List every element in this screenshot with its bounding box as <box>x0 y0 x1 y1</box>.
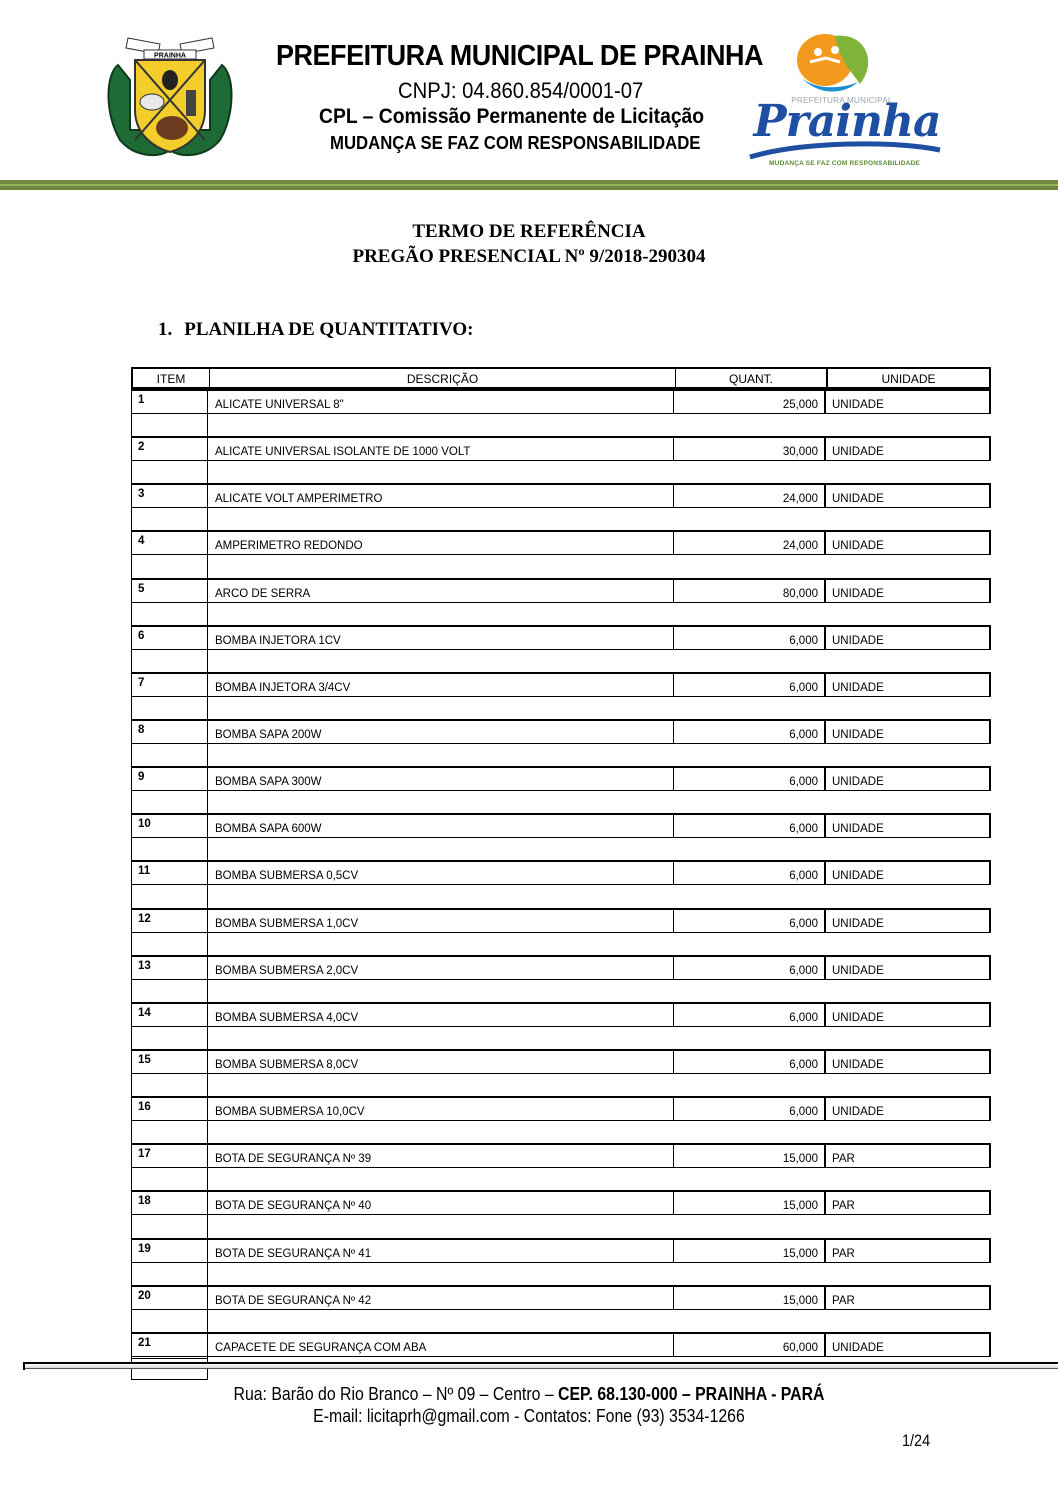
cell-quantity: 80,000 <box>674 580 826 602</box>
table-row: 6BOMBA INJETORA 1CV6,000UNIDADE <box>131 625 991 672</box>
footer-cep: CEP. 68.130-000 – PRAINHA - PARÁ <box>558 1384 824 1404</box>
cell-quantity: 6,000 <box>674 674 826 696</box>
cell-unit: UNIDADE <box>826 627 991 649</box>
cell-quantity: 6,000 <box>674 815 826 837</box>
table-row: 16BOMBA SUBMERSA 10,0CV6,000UNIDADE <box>131 1096 991 1143</box>
cell-unit: UNIDADE <box>826 1051 991 1073</box>
table-row: 5ARCO DE SERRA80,000UNIDADE <box>131 578 991 625</box>
table-row: 21CAPACETE DE SEGURANÇA COM ABA60,000UNI… <box>131 1332 991 1379</box>
cell-description-spacer <box>208 933 674 955</box>
table-row: 8BOMBA SAPA 200W6,000UNIDADE <box>131 719 991 766</box>
cell-item-spacer <box>131 697 208 719</box>
col-header-unit: UNIDADE <box>828 369 989 387</box>
cell-item: 6 <box>131 627 208 649</box>
cell-description: BOMBA SUBMERSA 4,0CV <box>208 1004 674 1026</box>
cell-unit: UNIDADE <box>826 438 991 460</box>
footer-address: Rua: Barão do Rio Branco – Nº 09 – Centr… <box>63 1384 994 1405</box>
cell-description: CAPACETE DE SEGURANÇA COM ABA <box>208 1334 674 1356</box>
row-main: 13BOMBA SUBMERSA 2,0CV6,000UNIDADE <box>131 955 991 980</box>
cell-description-spacer <box>208 1168 674 1190</box>
cell-description: BOMBA SUBMERSA 0,5CV <box>208 862 674 884</box>
cell-description: BOMBA SAPA 200W <box>208 721 674 743</box>
cell-item: 11 <box>131 862 208 884</box>
cell-quantity: 24,000 <box>674 485 826 507</box>
row-main: 12BOMBA SUBMERSA 1,0CV6,000UNIDADE <box>131 908 991 933</box>
cell-unit: UNIDADE <box>826 391 991 413</box>
row-main: 4AMPERIMETRO REDONDO24,000UNIDADE <box>131 530 991 555</box>
cell-quantity: 60,000 <box>674 1334 826 1356</box>
cell-quantity: 15,000 <box>674 1287 826 1309</box>
row-main: 9BOMBA SAPA 300W6,000UNIDADE <box>131 766 991 791</box>
cell-quantity: 6,000 <box>674 721 826 743</box>
footer-street: Rua: Barão do Rio Branco – Nº 09 – Centr… <box>233 1384 558 1404</box>
document-subtitle: PREGÃO PRESENCIAL Nº 9/2018-290304 <box>0 246 1058 268</box>
row-main: 20BOTA DE SEGURANÇA Nº 4215,000PAR <box>131 1285 991 1310</box>
logo-wordmark: Prainha <box>742 96 952 147</box>
cell-description: ALICATE VOLT AMPERIMETRO <box>208 485 674 507</box>
col-header-item: ITEM <box>133 369 210 387</box>
municipal-crest-icon: PRAINHA <box>100 20 240 158</box>
cell-quantity: 6,000 <box>674 957 826 979</box>
row-main: 1ALICATE UNIVERSAL 8"25,000UNIDADE <box>131 389 991 414</box>
cell-item-spacer <box>131 1310 208 1332</box>
cell-description-spacer <box>208 555 674 577</box>
row-main: 16BOMBA SUBMERSA 10,0CV6,000UNIDADE <box>131 1096 991 1121</box>
cell-item-spacer <box>131 1027 208 1049</box>
cell-description-spacer <box>208 414 674 436</box>
cell-item: 20 <box>131 1287 208 1309</box>
cell-item-spacer <box>131 508 208 530</box>
cell-description-spacer <box>208 1074 674 1096</box>
table-row: 14BOMBA SUBMERSA 4,0CV6,000UNIDADE <box>131 1002 991 1049</box>
cell-quantity: 15,000 <box>674 1145 826 1167</box>
cell-quantity: 15,000 <box>674 1240 826 1262</box>
row-main: 7BOMBA INJETORA 3/4CV6,000UNIDADE <box>131 672 991 697</box>
cell-quantity: 15,000 <box>674 1192 826 1214</box>
cell-unit: UNIDADE <box>826 768 991 790</box>
quantity-table: ITEM DESCRIÇÃO QUANT. UNIDADE 1ALICATE U… <box>131 367 991 1379</box>
row-main: 21CAPACETE DE SEGURANÇA COM ABA60,000UNI… <box>131 1332 991 1357</box>
cell-description: BOMBA SAPA 600W <box>208 815 674 837</box>
cell-description: BOMBA SUBMERSA 10,0CV <box>208 1098 674 1120</box>
cell-item-spacer <box>131 885 208 907</box>
cell-item-spacer <box>131 1215 208 1237</box>
cell-item-spacer <box>131 1263 208 1285</box>
cell-quantity: 6,000 <box>674 1004 826 1026</box>
cell-item: 10 <box>131 815 208 837</box>
cell-unit: PAR <box>826 1192 991 1214</box>
cell-item-spacer <box>131 461 208 483</box>
section-title: PLANILHA DE QUANTITATIVO: <box>184 319 473 340</box>
cell-item: 21 <box>131 1334 208 1356</box>
table-row: 1ALICATE UNIVERSAL 8"25,000UNIDADE <box>131 389 991 436</box>
table-header: ITEM DESCRIÇÃO QUANT. UNIDADE <box>131 367 991 389</box>
row-main: 3ALICATE VOLT AMPERIMETRO24,000UNIDADE <box>131 483 991 508</box>
col-header-description: DESCRIÇÃO <box>210 369 676 387</box>
section-number: 1. <box>158 319 172 340</box>
cell-unit: UNIDADE <box>826 815 991 837</box>
cell-unit: UNIDADE <box>826 485 991 507</box>
cell-item-spacer <box>131 980 208 1002</box>
table-row: 12BOMBA SUBMERSA 1,0CV6,000UNIDADE <box>131 908 991 955</box>
cell-quantity: 6,000 <box>674 1051 826 1073</box>
cell-description-spacer <box>208 461 674 483</box>
cell-description-spacer <box>208 885 674 907</box>
cell-item: 4 <box>131 532 208 554</box>
cell-description: BOMBA SUBMERSA 8,0CV <box>208 1051 674 1073</box>
cell-quantity: 6,000 <box>674 768 826 790</box>
cell-quantity: 24,000 <box>674 532 826 554</box>
table-row: 19BOTA DE SEGURANÇA Nº 4115,000PAR <box>131 1238 991 1285</box>
row-main: 6BOMBA INJETORA 1CV6,000UNIDADE <box>131 625 991 650</box>
cell-unit: UNIDADE <box>826 721 991 743</box>
cell-item-spacer <box>131 1168 208 1190</box>
row-main: 15BOMBA SUBMERSA 8,0CV6,000UNIDADE <box>131 1049 991 1074</box>
table-row: 10BOMBA SAPA 600W6,000UNIDADE <box>131 813 991 860</box>
row-main: 2ALICATE UNIVERSAL ISOLANTE DE 1000 VOLT… <box>131 436 991 461</box>
cell-unit: UNIDADE <box>826 580 991 602</box>
table-row: 11BOMBA SUBMERSA 0,5CV6,000UNIDADE <box>131 860 991 907</box>
section-heading: 1.PLANILHA DE QUANTITATIVO: <box>158 319 473 341</box>
cell-quantity: 6,000 <box>674 1098 826 1120</box>
cell-description: ALICATE UNIVERSAL ISOLANTE DE 1000 VOLT <box>208 438 674 460</box>
cell-description: AMPERIMETRO REDONDO <box>208 532 674 554</box>
cell-item-spacer <box>131 1121 208 1143</box>
row-main: 17BOTA DE SEGURANÇA Nº 3915,000PAR <box>131 1143 991 1168</box>
cell-quantity: 25,000 <box>674 391 826 413</box>
cell-description-spacer <box>208 697 674 719</box>
cell-item-spacer <box>131 1074 208 1096</box>
cell-item: 15 <box>131 1051 208 1073</box>
cell-description: BOTA DE SEGURANÇA Nº 40 <box>208 1192 674 1214</box>
row-main: 8BOMBA SAPA 200W6,000UNIDADE <box>131 719 991 744</box>
cell-description: BOMBA SUBMERSA 2,0CV <box>208 957 674 979</box>
header-cpl: CPL – Comissão Permanente de Licitação <box>319 105 704 129</box>
cell-description: BOMBA SUBMERSA 1,0CV <box>208 910 674 932</box>
cell-unit: PAR <box>826 1145 991 1167</box>
cell-description: BOMBA SAPA 300W <box>208 768 674 790</box>
cell-unit: UNIDADE <box>826 532 991 554</box>
cell-item: 12 <box>131 910 208 932</box>
cell-unit: UNIDADE <box>826 1334 991 1356</box>
table-row: 15BOMBA SUBMERSA 8,0CV6,000UNIDADE <box>131 1049 991 1096</box>
cell-unit: UNIDADE <box>826 674 991 696</box>
cell-description: BOTA DE SEGURANÇA Nº 42 <box>208 1287 674 1309</box>
page-number: 1/24 <box>902 1431 930 1451</box>
row-main: 19BOTA DE SEGURANÇA Nº 4115,000PAR <box>131 1238 991 1263</box>
cell-description-spacer <box>208 980 674 1002</box>
header-divider <box>0 180 1058 190</box>
cell-item-spacer <box>131 933 208 955</box>
cell-item-spacer <box>131 603 208 625</box>
cell-quantity: 6,000 <box>674 862 826 884</box>
cell-description: BOMBA INJETORA 3/4CV <box>208 674 674 696</box>
table-row: 3ALICATE VOLT AMPERIMETRO24,000UNIDADE <box>131 483 991 530</box>
col-header-quantity: QUANT. <box>676 369 828 387</box>
logo-tagline: MUDANÇA SE FAZ COM RESPONSABILIDADE <box>752 160 937 167</box>
cell-description-spacer <box>208 791 674 813</box>
document-title: TERMO DE REFERÊNCIA <box>0 221 1058 243</box>
cell-unit: UNIDADE <box>826 910 991 932</box>
cell-description-spacer <box>208 508 674 530</box>
cell-item: 9 <box>131 768 208 790</box>
cell-item-spacer <box>131 555 208 577</box>
cell-item: 16 <box>131 1098 208 1120</box>
table-row: 4AMPERIMETRO REDONDO24,000UNIDADE <box>131 530 991 577</box>
cell-quantity: 6,000 <box>674 627 826 649</box>
cell-quantity: 30,000 <box>674 438 826 460</box>
cell-description: BOMBA INJETORA 1CV <box>208 627 674 649</box>
cell-unit: UNIDADE <box>826 862 991 884</box>
table-row: 13BOMBA SUBMERSA 2,0CV6,000UNIDADE <box>131 955 991 1002</box>
cell-item-spacer <box>131 791 208 813</box>
cell-description: ALICATE UNIVERSAL 8" <box>208 391 674 413</box>
table-row: 17BOTA DE SEGURANÇA Nº 3915,000PAR <box>131 1143 991 1190</box>
cell-description-spacer <box>208 1310 674 1332</box>
row-main: 11BOMBA SUBMERSA 0,5CV6,000UNIDADE <box>131 860 991 885</box>
header-title: PREFEITURA MUNICIPAL DE PRAINHA <box>276 40 737 73</box>
cell-item: 8 <box>131 721 208 743</box>
table-row: 7BOMBA INJETORA 3/4CV6,000UNIDADE <box>131 672 991 719</box>
cell-description: BOTA DE SEGURANÇA Nº 41 <box>208 1240 674 1262</box>
cell-description: BOTA DE SEGURANÇA Nº 39 <box>208 1145 674 1167</box>
row-main: 14BOMBA SUBMERSA 4,0CV6,000UNIDADE <box>131 1002 991 1027</box>
cell-item: 19 <box>131 1240 208 1262</box>
cell-item-spacer <box>131 414 208 436</box>
cell-unit: UNIDADE <box>826 1004 991 1026</box>
svg-text:PRAINHA: PRAINHA <box>154 53 186 60</box>
cell-description-spacer <box>208 603 674 625</box>
cell-unit: UNIDADE <box>826 957 991 979</box>
cell-unit: PAR <box>826 1287 991 1309</box>
row-main: 5ARCO DE SERRA80,000UNIDADE <box>131 578 991 603</box>
cell-description-spacer <box>208 744 674 766</box>
cell-item: 18 <box>131 1192 208 1214</box>
cell-unit: PAR <box>826 1240 991 1262</box>
table-row: 2ALICATE UNIVERSAL ISOLANTE DE 1000 VOLT… <box>131 436 991 483</box>
cell-item: 13 <box>131 957 208 979</box>
header-motto: MUDANÇA SE FAZ COM RESPONSABILIDADE <box>330 133 700 154</box>
footer-divider <box>24 1362 1058 1369</box>
cell-item: 1 <box>131 391 208 413</box>
table-row: 9BOMBA SAPA 300W6,000UNIDADE <box>131 766 991 813</box>
cell-item: 2 <box>131 438 208 460</box>
cell-description-spacer <box>208 1215 674 1237</box>
table-row: 18BOTA DE SEGURANÇA Nº 4015,000PAR <box>131 1190 991 1237</box>
cell-description-spacer <box>208 1121 674 1143</box>
cell-description-spacer <box>208 838 674 860</box>
cell-unit: UNIDADE <box>826 1098 991 1120</box>
cell-item-spacer <box>131 838 208 860</box>
cell-description-spacer <box>208 1027 674 1049</box>
cell-item: 14 <box>131 1004 208 1026</box>
footer-contact: E-mail: licitaprh@gmail.com - Contatos: … <box>63 1406 994 1427</box>
cell-item: 17 <box>131 1145 208 1167</box>
table-body: 1ALICATE UNIVERSAL 8"25,000UNIDADE2ALICA… <box>131 389 991 1379</box>
cell-quantity: 6,000 <box>674 910 826 932</box>
cell-item: 3 <box>131 485 208 507</box>
cell-description-spacer <box>208 1263 674 1285</box>
cell-description: ARCO DE SERRA <box>208 580 674 602</box>
row-main: 10BOMBA SAPA 600W6,000UNIDADE <box>131 813 991 838</box>
cell-item-spacer <box>131 650 208 672</box>
row-main: 18BOTA DE SEGURANÇA Nº 4015,000PAR <box>131 1190 991 1215</box>
cell-item: 7 <box>131 674 208 696</box>
cell-description-spacer <box>208 650 674 672</box>
cell-item: 5 <box>131 580 208 602</box>
cell-item-spacer <box>131 744 208 766</box>
table-row: 20BOTA DE SEGURANÇA Nº 4215,000PAR <box>131 1285 991 1332</box>
header-cnpj: CNPJ: 04.860.854/0001-07 <box>398 78 643 104</box>
